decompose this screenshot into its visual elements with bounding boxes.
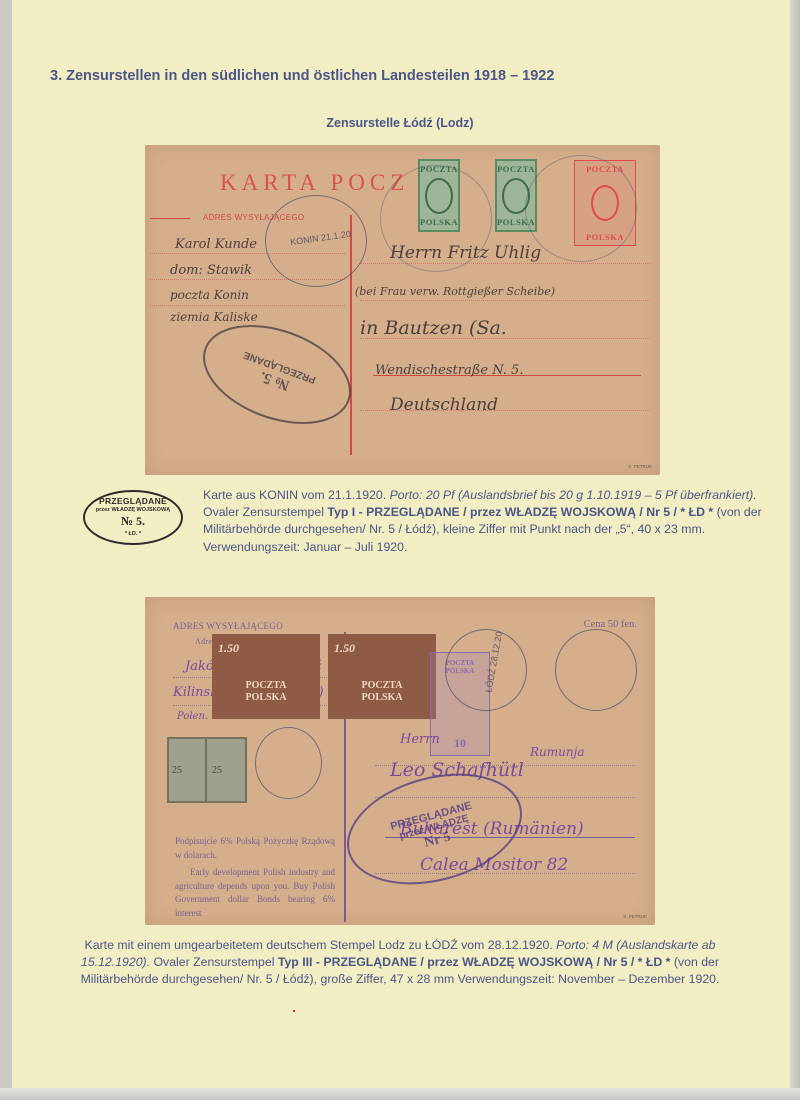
- sender-line: Karol Kunde: [175, 237, 257, 252]
- stamp-value: 1.50: [334, 642, 355, 654]
- postmark-lodz: [555, 629, 637, 711]
- stamp-1-50: 1.50 POCZTA POLSKA: [212, 634, 320, 719]
- promo-text-pl: Podpisujcie 6% Polską Pożyczkę Rządową w…: [175, 835, 335, 862]
- dotted-rule: [150, 305, 345, 306]
- stamp-1-50: 1.50 POCZTA POLSKA: [328, 634, 436, 719]
- page-edge-bottom: [0, 1088, 800, 1100]
- caption-censor-type: Typ I - PRZEGLĄDANE / przez WŁADZĘ WOJSK…: [327, 505, 713, 519]
- caption-card2: Karte mit einem umgearbeitetem deutschem…: [70, 937, 730, 989]
- recipient-line: (bei Frau verw. Rottgießer Scheibe): [355, 285, 555, 298]
- postmark: [525, 155, 637, 262]
- section-subheading: Zensurstelle Łódź (Lodz): [0, 116, 800, 130]
- postmark: [380, 165, 492, 272]
- caption-text: Ovaler Zensurstempel: [150, 955, 278, 969]
- postcard-konin: KARTA POCZ ADRES WYSYŁAJĄCEGO Karol Kund…: [145, 145, 660, 475]
- caption-text: Ovaler Zensurstempel: [203, 505, 327, 519]
- card-title: KARTA POCZ: [220, 170, 409, 196]
- stamp-25: [167, 737, 207, 803]
- censor-sample-text: * ŁD. *: [85, 531, 181, 537]
- sender-line: Polen.: [177, 711, 208, 722]
- caption-postage: Porto: 20 Pf (Auslandsbrief bis 20 g 1.1…: [390, 488, 757, 502]
- printer-imprint: S. PETRUK: [628, 464, 652, 469]
- dotted-rule: [360, 263, 650, 264]
- sender-line: dom: Stawik: [170, 263, 252, 278]
- censor-mark-type1: PRZEGLĄDANE № 5.: [189, 306, 364, 442]
- stamp-value: 1.50: [218, 642, 239, 654]
- censor-mark-sample: PRZEGLĄDANE przez WŁADZĘ WOJSKOWĄ № 5. *…: [83, 490, 183, 545]
- sender-line: ziemia Kaliske: [170, 310, 258, 324]
- postmark-lodz: [445, 629, 527, 711]
- stamp-value: 25: [212, 765, 222, 776]
- dotted-rule: [360, 300, 650, 301]
- censor-sample-text: przez WŁADZĘ WOJSKOWĄ: [85, 507, 181, 513]
- sender-line: poczta Konin: [170, 288, 249, 302]
- stamp-text: POCZTA POLSKA: [236, 680, 296, 704]
- note-rumunja: Rumunja: [530, 745, 584, 759]
- postmark-lodz: [255, 727, 322, 799]
- censor-sample-number: № 5.: [85, 514, 181, 529]
- postcard-lodz: ADRES WYSYŁAJĄCEGO Adresse de l'expédite…: [145, 597, 655, 925]
- recipient-line: Wendischestraße N. 5.: [375, 363, 523, 378]
- caption-censor-type: Typ III - PRZEGLĄDANE / przez WŁADZĘ WOJ…: [278, 955, 671, 969]
- recipient-line: Deutschland: [390, 395, 498, 415]
- stamp-text: POCZTA: [497, 164, 535, 174]
- bond-advertisement: Podpisujcie 6% Polską Pożyczkę Rządową w…: [175, 835, 335, 924]
- stamp-text: POCZTA POLSKA: [352, 680, 412, 704]
- recipient-line: in Bautzen (Sa.: [360, 317, 507, 339]
- caption-text: Karte aus KONIN vom 21.1.1920.: [203, 488, 390, 502]
- printer-imprint: S. PETRUK: [623, 914, 647, 919]
- caption-card1: Karte aus KONIN vom 21.1.1920. Porto: 20…: [203, 487, 763, 556]
- page-edge-right: [790, 0, 800, 1100]
- rule: [150, 218, 190, 219]
- caption-text: Karte mit einem umgearbeitetem deutschem…: [85, 938, 557, 952]
- censor-sample-text: PRZEGLĄDANE: [85, 496, 181, 506]
- page-heading: 3. Zensurstellen in den südlichen und ös…: [50, 68, 554, 84]
- promo-text-en: Early development Polish industry and ag…: [175, 866, 335, 920]
- red-dot-mark: [293, 1010, 295, 1012]
- recipient-line: Herrn: [400, 732, 440, 747]
- sender-label: ADRES WYSYŁAJĄCEGO: [173, 621, 283, 631]
